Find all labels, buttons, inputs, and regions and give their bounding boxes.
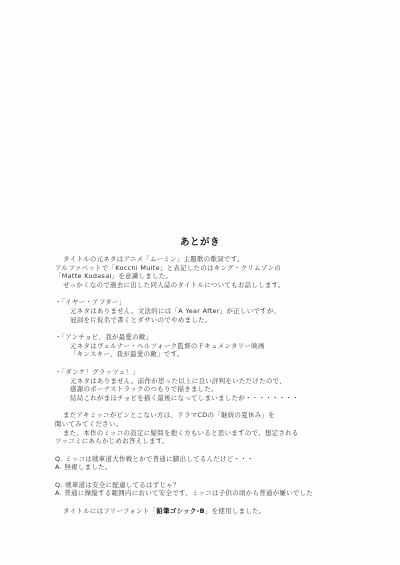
section-line: 元ネタはありません。文法的には「A Year After」が正しいですが、 [55,307,375,316]
notes-line: また、本作のミッコの設定に疑問を抱く方もいると思いますので、想定される [55,429,375,438]
section-title: ・「アンチョビ、我が最愛の敵」 [55,333,375,342]
intro-line: 「Matte Kudasai」を意識しました。 [55,272,375,281]
section-line: 元ネタはありません。前作が思った以上に良い評判をいただけたので、 [55,377,375,386]
font-credit-after: 」を使用しました。 [205,507,266,515]
spacer [55,324,375,333]
section-anchovy: ・「アンチョビ、我が最愛の敵」 元ネタはヴェルナー・ヘルツォーク監督のドキュメン… [55,333,375,359]
font-credit: タイトルにはフリーフォント「鉛筆ゴシック-B」を使用しました。 [55,507,375,516]
answer: A. 無視しました。 [55,463,375,472]
section-danke-grazie: ・「ダンケ！グラッツェ！」 元ネタはありません。前作が思った以上に良い評判をいた… [55,368,375,402]
notes-line: ツッコミにあらかじめお答えします。 [55,437,375,446]
afterword-page: あとがき タイトルの元ネタはアニメ「ムーミン」主題歌の歌詞です。 アルファベット… [0,0,400,565]
notes-paragraph: まだアキミッコがピンとこない方は、ドラマCDの「継続の夏休み」を 聞いてみてくだ… [55,411,375,445]
spacer [55,472,375,481]
font-name: 鉛筆ゴシック-B [156,507,205,515]
qa-item-1: Q. ミッコは戦車道大作戦とかで普通に脚出してるんだけど・・・ A. 無視しまし… [55,455,375,472]
section-title: ・「イヤー・アフター」 [55,298,375,307]
font-credit-before: タイトルにはフリーフォント「 [63,507,156,515]
page-title: あとがき [0,234,400,248]
section-line: 「キンスキー、我が最愛の敵」です。 [55,350,375,359]
section-line: 冠詞を片仮名で書くとダサいのでやめました。 [55,316,375,325]
question: Q. ミッコは戦車道大作戦とかで普通に脚出してるんだけど・・・ [55,455,375,464]
intro-paragraph: タイトルの元ネタはアニメ「ムーミン」主題歌の歌詞です。 アルファベットで「Koc… [55,255,375,289]
notes-line: まだアキミッコがピンとこない方は、ドラマCDの「継続の夏休み」を [55,411,375,420]
intro-line: タイトルの元ネタはアニメ「ムーミン」主題歌の歌詞です。 [55,255,375,264]
section-year-after: ・「イヤー・アフター」 元ネタはありません。文法的には「A Year After… [55,298,375,324]
qa-item-2: Q. 戦車道は安全に配慮してるはずじゃ？ A. 普通に操縦する範囲内において安全… [55,481,375,498]
answer: A. 普通に操縦する範囲内において安全です。ミッコは子供の頃から普通が嫌いでした [55,489,375,498]
section-line: 感謝のボーナストラックのつもりで描きました。 [55,385,375,394]
section-title: ・「ダンケ！グラッツェ！」 [55,368,375,377]
notes-line: 聞いてみてください。 [55,420,375,429]
spacer [55,402,375,411]
intro-line: せっかくなので過去に出した同人誌のタイトルについてもお話しします。 [55,281,375,290]
spacer [55,359,375,368]
spacer [55,446,375,455]
intro-line: アルファベットで「Kocchi Muite」と表記したのはキング・クリムゾンの [55,264,375,273]
section-line: 結局これがまほチョビを描く最後になってしまいましたが・・・・・・・・ [55,394,375,403]
spacer [55,498,375,507]
afterword-body: タイトルの元ネタはアニメ「ムーミン」主題歌の歌詞です。 アルファベットで「Koc… [55,255,375,516]
